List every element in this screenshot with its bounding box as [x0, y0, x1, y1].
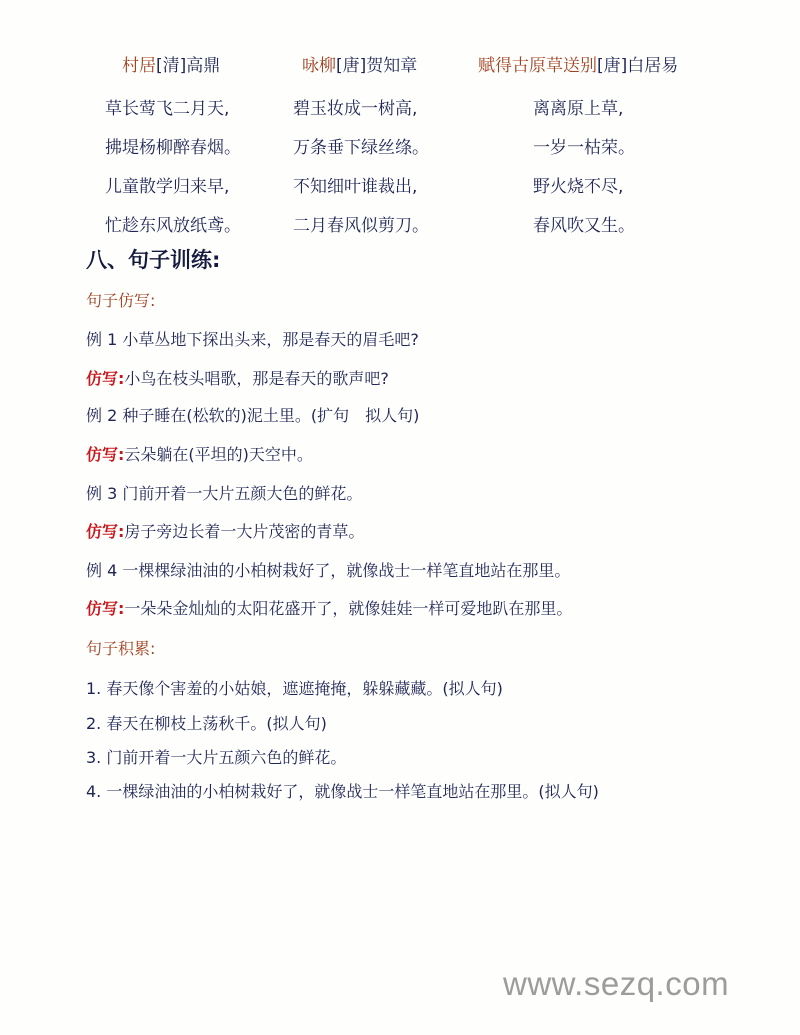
answer-3: 仿写:房子旁边长着一大片茂密的青草。	[86, 519, 364, 542]
poem-line: 春风吹又生。	[533, 207, 635, 246]
answer-4: 仿写:一朵朵金灿灿的太阳花盛开了，就像娃娃一样可爱地趴在那里。	[86, 596, 572, 619]
poem-yongliu-body: 碧玉妆成一树高, 万条垂下绿丝绦。 不知细叶谁裁出, 二月春风似剪刀。	[293, 90, 429, 246]
poem-author: [清]高鼎	[156, 56, 220, 76]
document-page: 村居[清]高鼎 草长莺飞二月天, 拂堤杨柳醉春烟。 儿童散学归来早, 忙趁东风放…	[0, 0, 800, 1035]
poem-line: 草长莺飞二月天,	[105, 90, 241, 129]
poem-author: [唐]白居易	[597, 56, 678, 76]
poem-line: 二月春风似剪刀。	[293, 207, 429, 246]
accumulation-item-3: 3. 门前开着一大片五颜六色的鲜花。	[86, 745, 346, 768]
accumulation-heading: 句子积累:	[86, 636, 155, 659]
poem-yongliu: 咏柳[唐]贺知章	[302, 52, 417, 80]
poem-line: 儿童散学归来早,	[105, 168, 241, 207]
poem-line: 忙趁东风放纸鸢。	[105, 207, 241, 246]
watermark: www.sezq.com	[503, 965, 729, 1003]
imitation-heading: 句子仿写:	[86, 288, 155, 311]
poem-author: [唐]贺知章	[336, 56, 417, 76]
imitation-label: 仿写:	[86, 599, 124, 618]
answer-text: 云朵躺在(平坦的)天空中。	[124, 445, 313, 464]
answer-2: 仿写:云朵躺在(平坦的)天空中。	[86, 442, 313, 465]
answer-1: 仿写:小鸟在枝头唱歌，那是春天的歌声吧?	[86, 366, 389, 389]
poem-title: 村居[清]高鼎	[122, 52, 220, 80]
accumulation-item-1: 1. 春天像个害羞的小姑娘，遮遮掩掩，躲躲藏藏。(拟人句)	[86, 676, 503, 699]
section-heading: 八、句子训练:	[86, 244, 220, 274]
poem-fudeguyuancao: 赋得古原草送别[唐]白居易	[478, 52, 678, 80]
answer-text: 一朵朵金灿灿的太阳花盛开了，就像娃娃一样可爱地趴在那里。	[124, 599, 572, 618]
poem-title-text: 咏柳	[302, 56, 336, 76]
poem-title: 赋得古原草送别[唐]白居易	[478, 52, 678, 80]
poem-line: 万条垂下绿丝绦。	[293, 129, 429, 168]
accumulation-item-4: 4. 一棵绿油油的小柏树栽好了，就像战士一样笔直地站在那里。(拟人句)	[86, 779, 599, 802]
example-4: 例 4 一棵棵绿油油的小柏树栽好了，就像战士一样笔直地站在那里。	[86, 558, 570, 581]
accumulation-item-2: 2. 春天在柳枝上荡秋千。(拟人句)	[86, 711, 327, 734]
answer-text: 小鸟在枝头唱歌，那是春天的歌声吧?	[124, 369, 389, 388]
poem-title: 咏柳[唐]贺知章	[302, 52, 417, 80]
imitation-label: 仿写:	[86, 522, 124, 541]
example-3: 例 3 门前开着一大片五颜大色的鲜花。	[86, 481, 362, 504]
example-1: 例 1 小草丛地下探出头来，那是春天的眉毛吧?	[86, 327, 419, 350]
poem-line: 野火烧不尽,	[533, 168, 635, 207]
poem-cunju-body: 草长莺飞二月天, 拂堤杨柳醉春烟。 儿童散学归来早, 忙趁东风放纸鸢。	[105, 90, 241, 246]
poem-cunju: 村居[清]高鼎	[122, 52, 220, 80]
poem-line: 不知细叶谁裁出,	[293, 168, 429, 207]
poem-line: 拂堤杨柳醉春烟。	[105, 129, 241, 168]
poem-line: 一岁一枯荣。	[533, 129, 635, 168]
poem-title-text: 村居	[122, 56, 156, 76]
imitation-label: 仿写:	[86, 369, 124, 388]
poem-fudeguyuancao-body: 离离原上草, 一岁一枯荣。 野火烧不尽, 春风吹又生。	[533, 90, 635, 246]
imitation-label: 仿写:	[86, 445, 124, 464]
poem-line: 碧玉妆成一树高,	[293, 90, 429, 129]
example-2: 例 2 种子睡在(松软的)泥土里。(扩句 拟人句)	[86, 403, 419, 426]
poem-title-text: 赋得古原草送别	[478, 56, 597, 76]
answer-text: 房子旁边长着一大片茂密的青草。	[124, 522, 364, 541]
poem-line: 离离原上草,	[533, 90, 635, 129]
